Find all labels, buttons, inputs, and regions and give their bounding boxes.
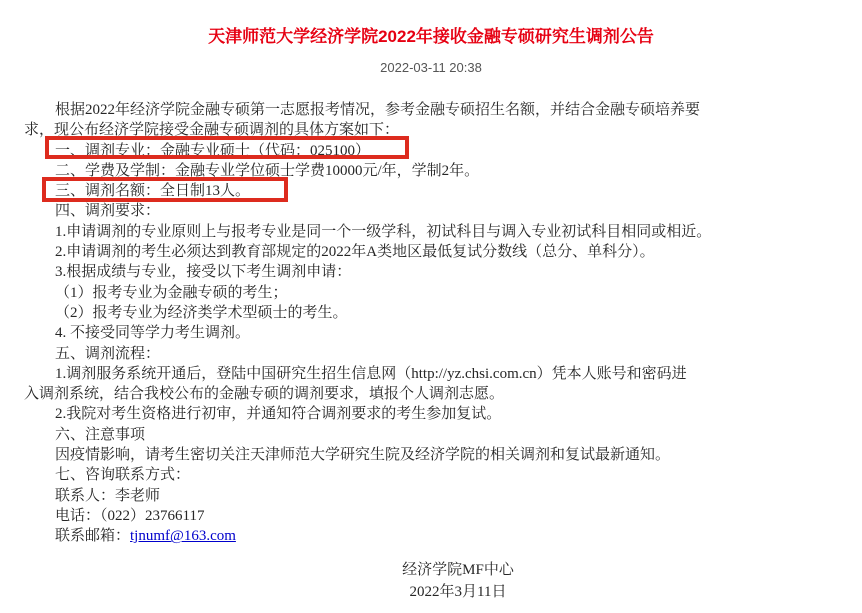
document-line: 联系人：李老师 bbox=[24, 486, 844, 506]
page-title: 天津师范大学经济学院2022年接收金融专硕研究生调剂公告 bbox=[0, 0, 862, 46]
publish-date: 2022-03-11 20:38 bbox=[0, 60, 862, 75]
document-line: 三、调剂名额：全日制13人。 bbox=[24, 181, 844, 201]
document-line: 因疫情影响，请考生密切关注天津师范大学研究生院及经济学院的相关调剂和复试最新通知… bbox=[24, 445, 844, 465]
document-line: 2.我院对考生资格进行初审，并通知符合调剂要求的考生参加复试。 bbox=[24, 404, 844, 424]
document-line: 4. 不接受同等学力考生调剂。 bbox=[24, 323, 844, 343]
document-line: 七、咨询联系方式： bbox=[24, 465, 844, 485]
document-line: 2.申请调剂的考生必须达到教育部规定的2022年A类地区最低复试分数线（总分、单… bbox=[24, 242, 844, 262]
document-line: 六、注意事项 bbox=[24, 425, 844, 445]
document-line: 1.调剂服务系统开通后，登陆中国研究生招生信息网（http://yz.chsi.… bbox=[24, 364, 844, 384]
document-line: 根据2022年经济学院金融专硕第一志愿报考情况，参考金融专硕招生名额，并结合金融… bbox=[24, 100, 844, 120]
document-line: 一、调剂专业：金融专业硕士（代码：025100） bbox=[24, 141, 844, 161]
document-lines: 根据2022年经济学院金融专硕第一志愿报考情况，参考金融专硕招生名额，并结合金融… bbox=[24, 100, 844, 526]
signature-org: 经济学院MF中心 bbox=[72, 560, 844, 580]
document-line: 入调剂系统，结合我校公布的金融专硕的调剂要求，填报个人调剂志愿。 bbox=[24, 384, 844, 404]
document-line: 电话：（022）23766117 bbox=[24, 506, 844, 526]
announcement-page: 天津师范大学经济学院2022年接收金融专硕研究生调剂公告 2022-03-11 … bbox=[0, 0, 862, 613]
contact-email-label: 联系邮箱： bbox=[55, 528, 130, 544]
document-line: 五、调剂流程： bbox=[24, 344, 844, 364]
announcement-body: 根据2022年经济学院金融专硕第一志愿报考情况，参考金融专硕招生名额，并结合金融… bbox=[0, 100, 862, 602]
document-line: 3.根据成绩与专业，接受以下考生调剂申请： bbox=[24, 262, 844, 282]
document-line: 求，现公布经济学院接受金融专硕调剂的具体方案如下： bbox=[24, 120, 844, 140]
document-line: 1.申请调剂的专业原则上与报考专业是同一个一级学科，初试科目与调入专业初试科目相… bbox=[24, 222, 844, 242]
document-line: 二、学费及学制：金融专业学位硕士学费10000元/年，学制2年。 bbox=[24, 161, 844, 181]
document-line: （1）报考专业为金融专硕的考生； bbox=[24, 283, 844, 303]
signature-date: 2022年3月11日 bbox=[72, 582, 844, 602]
document-line: （2）报考专业为经济类学术型硕士的考生。 bbox=[24, 303, 844, 323]
contact-email-link[interactable]: tjnumf@163.com bbox=[130, 528, 236, 544]
document-line: 四、调剂要求： bbox=[24, 201, 844, 221]
contact-email-line: 联系邮箱：tjnumf@163.com bbox=[24, 526, 844, 546]
